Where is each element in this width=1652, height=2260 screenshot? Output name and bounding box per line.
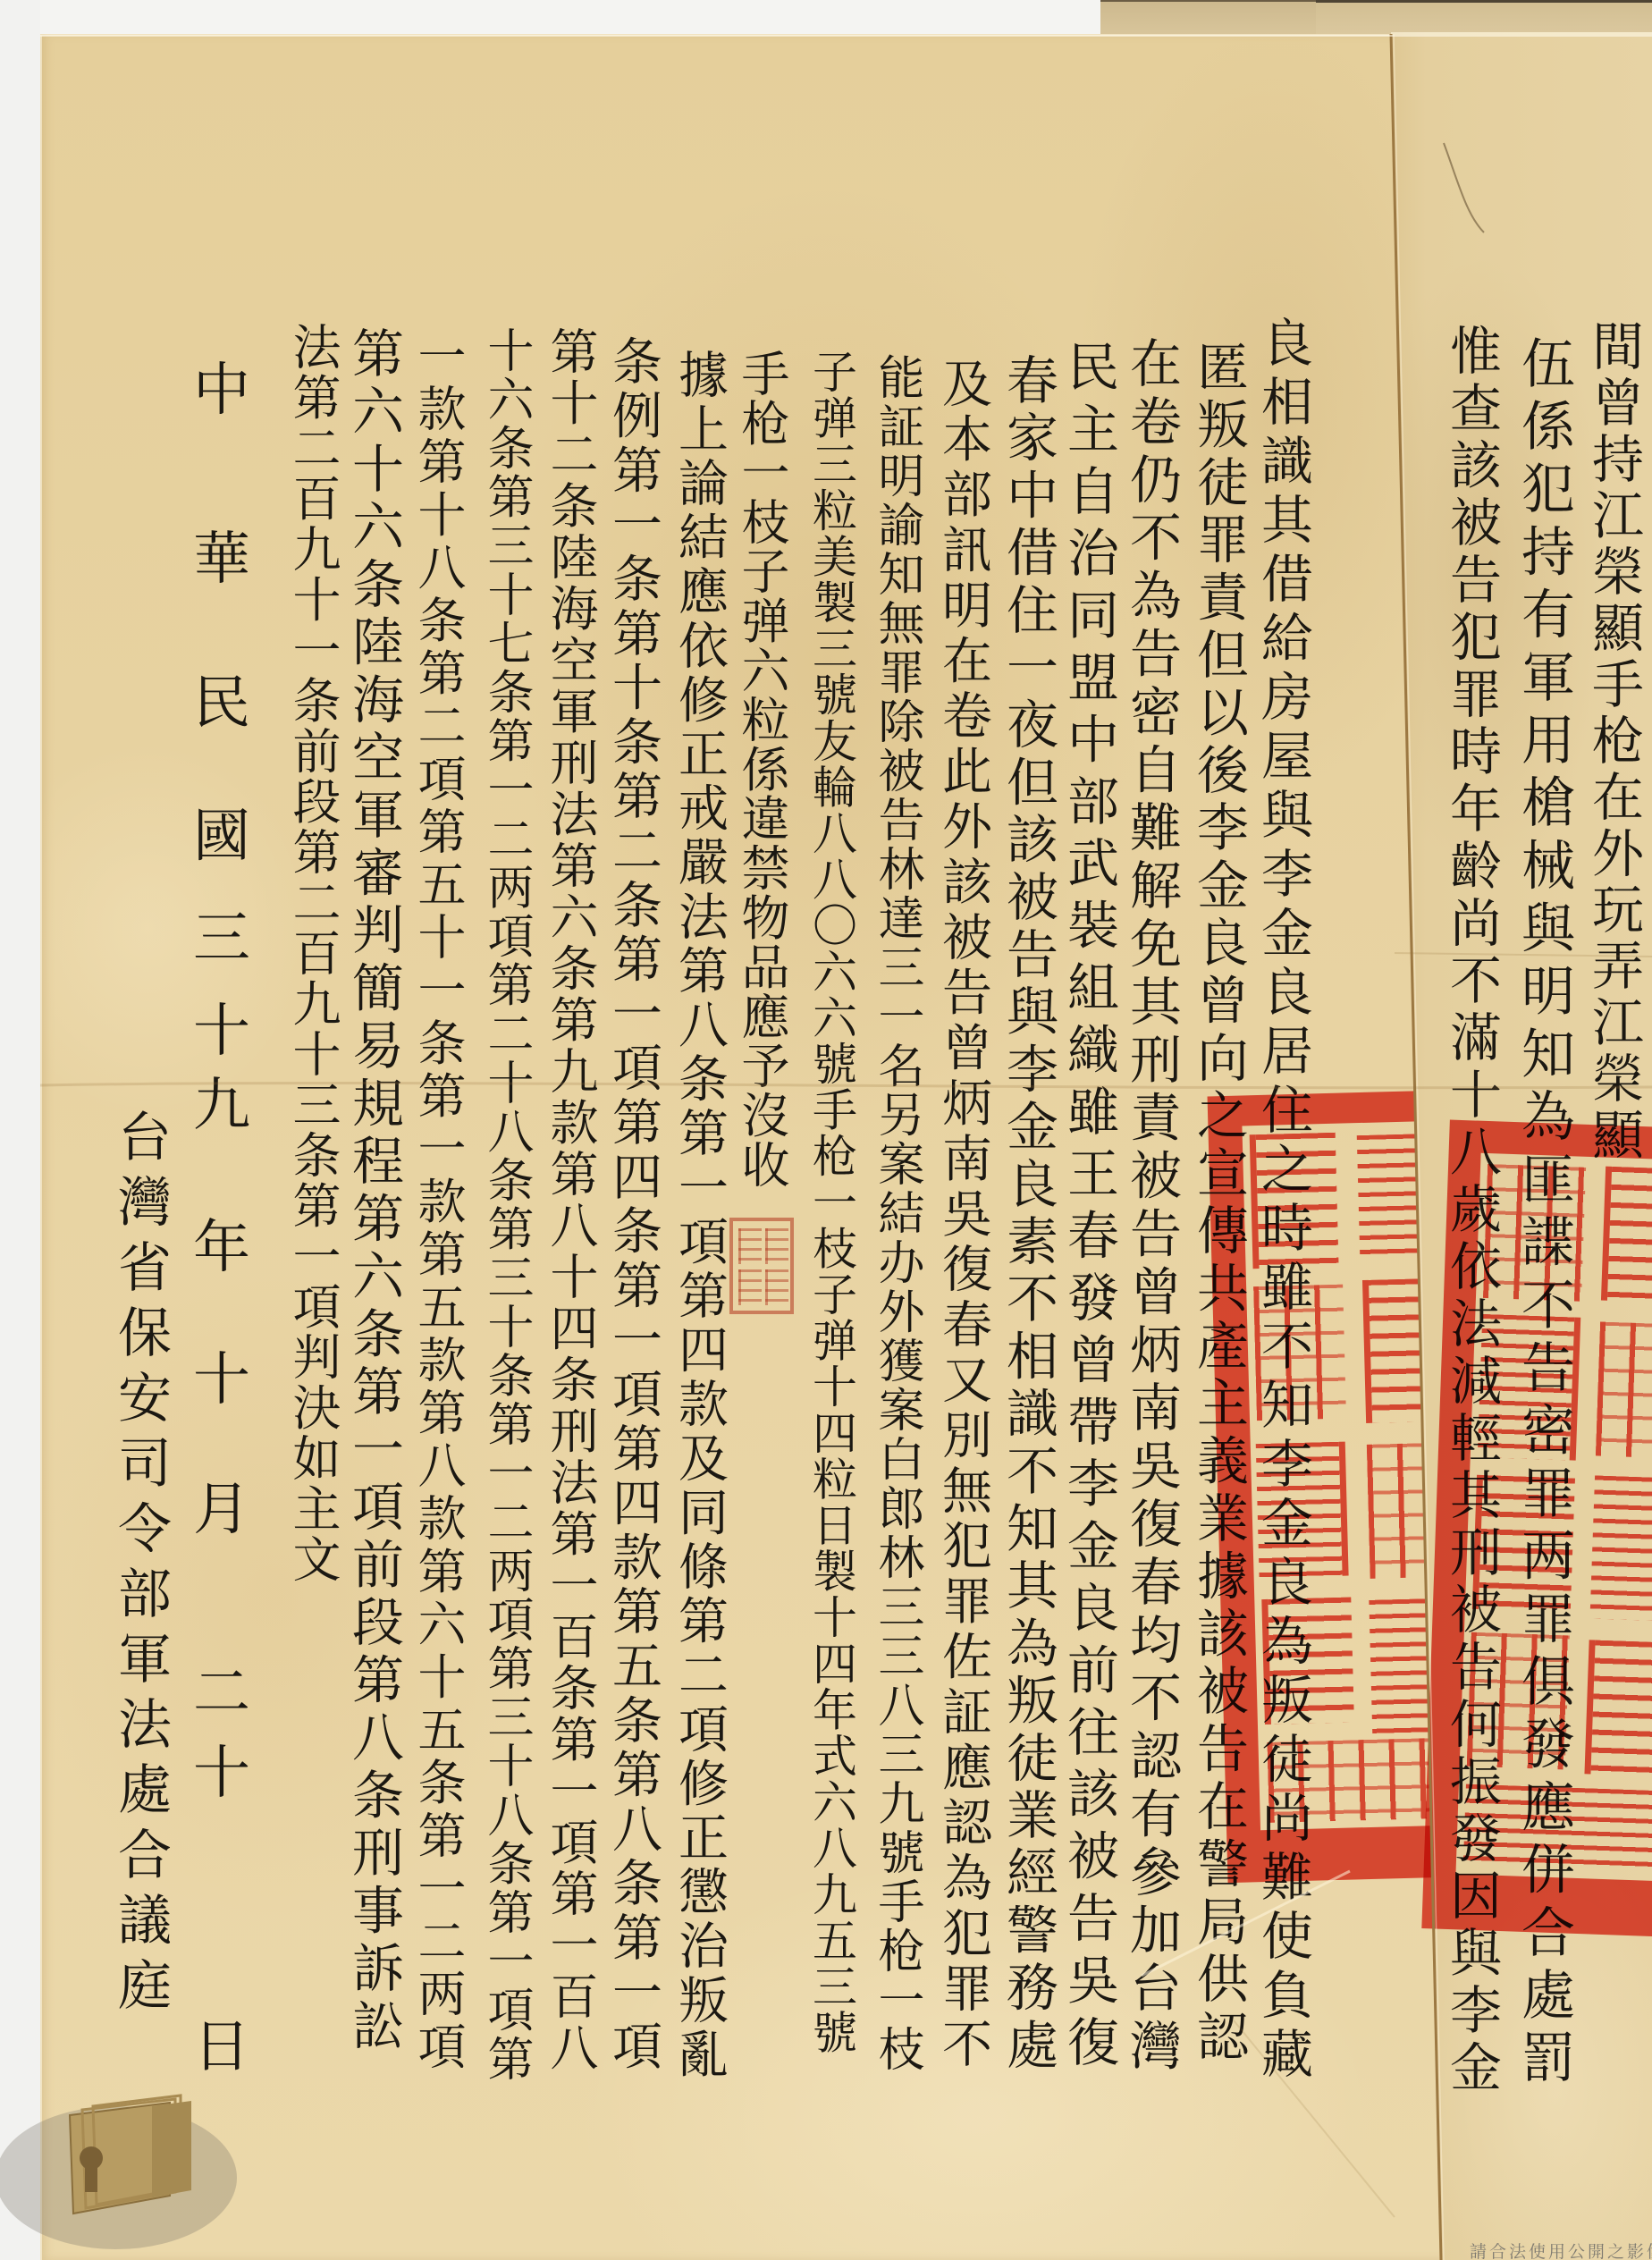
date-char: 月 xyxy=(193,1481,250,1539)
scanned-document: 良相識其借給房屋與李金良居住之時雖不知李金良為叛徒尚難使負藏 匿叛徒罪責但以後李… xyxy=(0,0,1652,2260)
seal-glyph xyxy=(765,1228,788,1264)
date-char: 民 xyxy=(193,675,250,732)
seal-glyph xyxy=(1253,1285,1346,1421)
text-column: 在卷仍不為告密自難解免其刑責被告曾炳南吳復春均不認有參加台灣 xyxy=(1125,336,1177,2077)
date-char: 十 xyxy=(193,1003,250,1060)
date-char: 日 xyxy=(193,2019,250,2076)
seal-glyph xyxy=(1590,1475,1652,1622)
scan-margin xyxy=(0,0,40,2260)
seal-glyph xyxy=(1256,1442,1349,1579)
date-char: 十 xyxy=(193,1745,250,1802)
text-column: 条例第一条第十条第二条第一項第四条第一項第四款第五条第八条第一項 xyxy=(608,335,658,2075)
issuing-court: 台灣省保安司令部軍法處合議庭 xyxy=(114,1109,167,2022)
seal-glyph xyxy=(1601,1167,1652,1304)
text-column: 民主自治同盟中部武裝組織雖王春發曾帶李金良前往該被告吳復 xyxy=(1063,340,1115,2077)
official-seal-right-half-icon xyxy=(1421,1120,1652,1939)
seal-glyph xyxy=(1596,1322,1652,1460)
seal-glyph xyxy=(1250,1133,1339,1269)
seal-glyph xyxy=(738,1269,762,1305)
date-char: 華 xyxy=(193,531,250,588)
text-column: 間曾持江榮顯手枪在外玩弄江榮顯 xyxy=(1588,319,1639,1164)
date-char: 年 xyxy=(193,1219,250,1277)
seal-glyph xyxy=(1584,1640,1652,1777)
date-char: 二 xyxy=(193,1665,250,1722)
underlying-sheet xyxy=(1100,0,1316,38)
date-char: 三 xyxy=(193,910,250,967)
usage-notice-watermark: 請合法使用公開之影像 xyxy=(1470,2239,1652,2260)
date-char: 十 xyxy=(193,1352,250,1409)
text-column: 十六条第三十七条第一二两項第二十八条第三十条第一二两項第三十八条第一項第 xyxy=(483,326,529,2084)
text-column: 及本部訊明在卷此外該被告曾炳南吳復春又別無犯罪佐証應認為犯罪不 xyxy=(938,358,988,2073)
seal-glyph xyxy=(1463,1784,1652,1873)
text-column: 據上論結應依修正戒嚴法第八条第一項第四款及同條第二項修正懲治叛亂 xyxy=(674,349,724,2082)
text-column: 法第二百九十一条前段第二百九十三条第一項判決如主文 xyxy=(289,322,337,1585)
text-column: 第六十六条陸海空軍審判簡易規程第六条第一項前段第八条刑事訴訟 xyxy=(348,326,400,2056)
text-column: 手枪一枝子弹六粒係違禁物品應予沒收 xyxy=(737,349,786,1189)
seal-glyph xyxy=(1467,1632,1570,1770)
seal-glyph xyxy=(765,1269,788,1305)
text-column: 子弹三粒美製三號友輪八八〇六六號手枪一枝子弹十四粒日製十四年式六八九五三號 xyxy=(809,349,854,2055)
date-char: 九 xyxy=(193,1077,250,1134)
text-column: 第十二条陸海空軍刑法第六条第九款第八十四条刑法第一百条第一項第一百八 xyxy=(546,326,594,2074)
seal-glyph xyxy=(1483,1164,1586,1302)
small-seal-icon xyxy=(729,1218,794,1314)
seal-glyph xyxy=(1472,1475,1575,1613)
date-char: 國 xyxy=(193,808,250,865)
seal-glyph xyxy=(738,1228,762,1264)
date-char: 中 xyxy=(193,362,250,419)
text-column: 春家中借住一夜但該被告與李金良素不相識不知其為叛徒業經警務處 xyxy=(1002,353,1054,2075)
archive-books-keyhole-icon xyxy=(0,2079,241,2260)
seal-glyph xyxy=(1478,1314,1581,1461)
text-column: 一款第十八条第二項第五十一条第一款第五款第八款第六十五条第一二两項 xyxy=(414,331,462,2074)
text-column: 能証明諭知無罪除被告林達三一名另案結办外獲案白郎林三三八三九號手枪一枝 xyxy=(873,353,920,2074)
seal-glyph xyxy=(1261,1597,1354,1725)
